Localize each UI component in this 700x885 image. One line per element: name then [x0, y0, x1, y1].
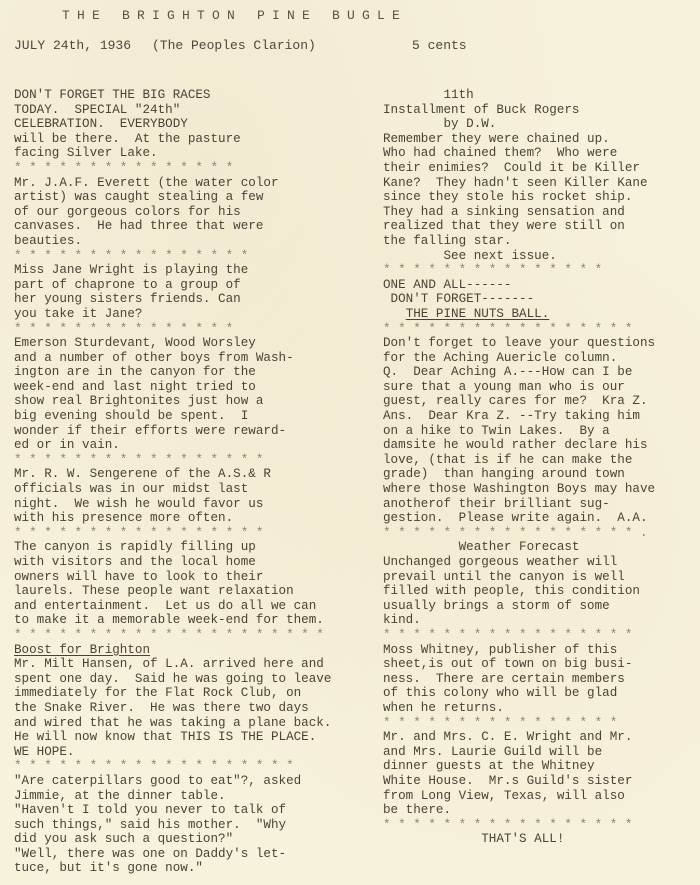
text-line: Unchanged gorgeous weather will — [383, 555, 655, 570]
text-line: owners will have to look to their — [14, 570, 331, 585]
text-line: filled with people, this condition — [383, 584, 655, 599]
text-line: THAT'S ALL! — [383, 832, 655, 847]
separator-asterisks: * * * * * * * * * * * * * * * — [14, 161, 331, 176]
text-line: laurels. These people want relaxation — [14, 584, 331, 599]
text-line: ington are in the canyon for the — [14, 365, 331, 380]
text-line: with visitors and the local home — [14, 555, 331, 570]
text-line: when he returns. — [383, 701, 655, 716]
text-line: DON'T FORGET------- — [383, 292, 655, 307]
text-line: Emerson Sturdevant, Wood Worsley — [14, 336, 331, 351]
text-line: part of chaprone to a group of — [14, 278, 331, 293]
text-line: TODAY. SPECIAL "24th" — [14, 103, 331, 118]
text-line: where those Washington Boys may have — [383, 482, 655, 497]
text-line: The canyon is rapidly filling up — [14, 540, 331, 555]
text-line: ONE AND ALL------ — [383, 278, 655, 293]
text-line: from Long View, Texas, will also — [383, 789, 655, 804]
text-line: Jimmie, at the dinner table. — [14, 789, 331, 804]
text-line: spent one day. Said he was going to leav… — [14, 672, 331, 687]
separator-asterisks: * * * * * * * * * * * * * * * * * — [383, 818, 655, 833]
text-line: canvases. He had three that were — [14, 219, 331, 234]
text-line: will be there. At the pasture — [14, 132, 331, 147]
price: 5 cents — [412, 38, 467, 53]
separator-asterisks: * * * * * * * * * * * * * * * * * — [383, 628, 655, 643]
text-line: gestion. Please write again. A.A. — [383, 511, 655, 526]
text-line: wonder if their efforts were reward- — [14, 424, 331, 439]
text-line: sure that a young man who is our — [383, 380, 655, 395]
text-line: tuce, but it's gone now." — [14, 861, 331, 876]
text-line: Ans. Dear Kra Z. --Try taking him — [383, 409, 655, 424]
text-line: week-end and last night tried to — [14, 380, 331, 395]
text-line: such things," said his mother. "Why — [14, 818, 331, 833]
text-line: did you ask such a question?" — [14, 832, 331, 847]
text-line: be there. — [383, 803, 655, 818]
text-line: since they stole his rocket ship. — [383, 190, 655, 205]
text-line: you take it Jane? — [14, 307, 331, 322]
separator-asterisks: * * * * * * * * * * * * * * * * — [14, 249, 331, 264]
text-line: "Well, there was one on Daddy's let- — [14, 847, 331, 862]
text-line: White House. Mr.s Guild's sister — [383, 774, 655, 789]
newspaper-title: THE BRIGHTON PINE BUGLE — [62, 8, 407, 23]
underlined-heading: THE PINE NUTS BALL. — [383, 307, 655, 322]
text-line: usually brings a storm of some — [383, 599, 655, 614]
text-line: love, (that is if he can make the — [383, 453, 655, 468]
text-line: WE HOPE. — [14, 745, 331, 760]
text-line: immediately for the Flat Rock Club, on — [14, 686, 331, 701]
text-line: to make it a memorable week-end for them… — [14, 613, 331, 628]
text-line: Mr. R. W. Sengerene of the A.S.& R — [14, 467, 331, 482]
text-line: artist) was caught stealing a few — [14, 190, 331, 205]
text-line: Remember they were chained up. — [383, 132, 655, 147]
left-column: DON'T FORGET THE BIG RACESTODAY. SPECIAL… — [14, 88, 331, 876]
text-line: and entertainment. Let us do all we can — [14, 599, 331, 614]
text-line: Moss Whitney, publisher of this — [383, 643, 655, 658]
text-line: guest, really cares for me? Kra Z. — [383, 394, 655, 409]
text-line: Q. Dear Aching A.---How can I be — [383, 365, 655, 380]
text-line: realized that they were still on — [383, 219, 655, 234]
text-line: anotherof their brilliant sug- — [383, 497, 655, 512]
separator-asterisks: * * * * * * * * * * * * * * * * * — [383, 322, 655, 337]
text-line: Kane? They hadn't seen Killer Kane — [383, 176, 655, 191]
text-line: Mr. Milt Hansen, of L.A. arrived here an… — [14, 657, 331, 672]
separator-asterisks: * * * * * * * * * * * * * * * * * . — [383, 526, 655, 541]
text-line: prevail until the canyon is well — [383, 570, 655, 585]
text-line: and Mrs. Laurie Guild will be — [383, 745, 655, 760]
text-line: night. We wish he would favor us — [14, 497, 331, 512]
text-line: of our gorgeous colors for his — [14, 205, 331, 220]
separator-asterisks: * * * * * * * * * * * * * * * * * * * — [14, 759, 331, 774]
text-line: grade) than hanging around town — [383, 467, 655, 482]
text-line: on a hike to Twin Lakes. By a — [383, 424, 655, 439]
text-line: They had a sinking sensation and — [383, 205, 655, 220]
text-line: Who had chained them? Who were — [383, 146, 655, 161]
text-line: sheet,is out of town on big busi- — [383, 657, 655, 672]
text-line: with his presence more often. — [14, 511, 331, 526]
text-line: Weather Forecast — [383, 540, 655, 555]
text-line: officials was in our midst last — [14, 482, 331, 497]
text-line: ness. There are certain members — [383, 672, 655, 687]
text-line: the Snake River. He was there two days — [14, 701, 331, 716]
separator-asterisks: * * * * * * * * * * * * * * * — [14, 322, 331, 337]
text-line: Mr. and Mrs. C. E. Wright and Mr. — [383, 730, 655, 745]
issue-date: JULY 24th, 1936 — [14, 38, 131, 53]
text-line: dinner guests at the Whitney — [383, 759, 655, 774]
text-line: Mr. J.A.F. Everett (the water color — [14, 176, 331, 191]
underlined-heading: Boost for Brighton — [14, 643, 331, 658]
separator-asterisks: * * * * * * * * * * * * * * * * — [383, 716, 655, 731]
text-line: Miss Jane Wright is playing the — [14, 263, 331, 278]
text-line: "Are caterpillars good to eat"?, asked — [14, 774, 331, 789]
text-line: her young sisters friends. Can — [14, 292, 331, 307]
text-line: Don't forget to leave your questions — [383, 336, 655, 351]
text-line: beauties. — [14, 234, 331, 249]
text-line: 11th — [383, 88, 655, 103]
text-line: and wired that he was taking a plane bac… — [14, 716, 331, 731]
text-line: "Haven't I told you never to talk of — [14, 803, 331, 818]
text-line: their enimies? Could it be Killer — [383, 161, 655, 176]
right-column: 11thInstallment of Buck Rogers by D.W.Re… — [383, 88, 655, 847]
text-line: show real Brightonites just how a — [14, 394, 331, 409]
text-line: DON'T FORGET THE BIG RACES — [14, 88, 331, 103]
separator-asterisks: * * * * * * * * * * * * * * * * * — [14, 453, 331, 468]
text-line: big evening should be spent. I — [14, 409, 331, 424]
text-line: kind. — [383, 613, 655, 628]
text-line: of this colony who will be glad — [383, 686, 655, 701]
text-line: CELEBRATION. EVERYBODY — [14, 117, 331, 132]
text-line: Installment of Buck Rogers — [383, 103, 655, 118]
separator-asterisks: * * * * * * * * * * * * * * * — [383, 263, 655, 278]
text-line: He will now know that THIS IS THE PLACE. — [14, 730, 331, 745]
text-line: facing Silver Lake. — [14, 146, 331, 161]
text-line: the falling star. — [383, 234, 655, 249]
text-line: ed or in vain. — [14, 438, 331, 453]
tagline: (The Peoples Clarion) — [152, 38, 316, 53]
text-line: for the Aching Auericle column. — [383, 351, 655, 366]
text-line: damsite he would rather declare his — [383, 438, 655, 453]
text-line: See next issue. — [383, 249, 655, 264]
separator-asterisks: * * * * * * * * * * * * * * * * * — [14, 526, 331, 541]
text-line: by D.W. — [383, 117, 655, 132]
text-line: and a number of other boys from Wash- — [14, 351, 331, 366]
separator-asterisks: * * * * * * * * * * * * * * * * * * * * … — [14, 628, 331, 643]
